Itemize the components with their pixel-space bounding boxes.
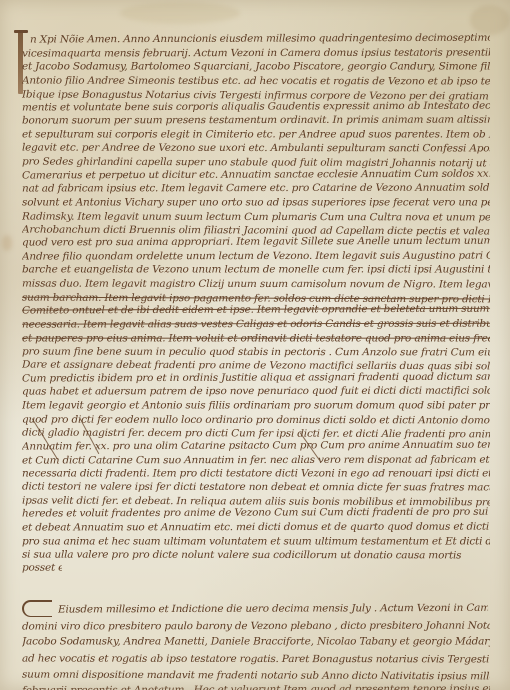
paragraph-flourish-icon [22, 600, 52, 617]
manuscript-line: pro sua anima et hec suam ultimam volunt… [22, 535, 490, 548]
manuscript-line: barche et euangelista de Vezono unum lec… [22, 263, 490, 276]
manuscript-line: suum omni dispositione mandavit me frade… [22, 668, 490, 683]
manuscript-line: vicesimaquarta mensis februarij. Actum V… [22, 46, 490, 60]
manuscript-line: heredes et voluit fradentes pro anime de… [22, 505, 490, 520]
manuscript-line: et Cum dicti Catarine Cum suo Annuatim i… [22, 453, 490, 467]
parchment-stain [120, 2, 240, 24]
manuscript-line: Item legavit georgio et Antonio suis fil… [22, 399, 490, 412]
manuscript-line: quas habet et aduersum patrem de ipso no… [22, 384, 490, 398]
manuscript-line: n Xpi Nõie Amen. Anno Annuncionis eiusde… [30, 31, 490, 46]
manuscript-line: ad hec vocatis et rogatis ab ipso testat… [22, 652, 490, 666]
manuscript-line: si sua ulla valere pro pro dicte nolunt … [22, 548, 462, 562]
manuscript-line: et debeat Annuatim suo et Annuatim etc. … [22, 520, 490, 534]
manuscript-line: et pauperes pro eius anima. Item voluit … [22, 332, 490, 345]
manuscript-line: dicti testori ne valere ipsi fer dicti t… [22, 480, 490, 494]
manuscript-line: et Jacobo Sodamusy, Bartolomeo Squarcian… [22, 60, 490, 73]
manuscript-line: missas duo. Item legavit magistro Clizij… [22, 277, 490, 291]
manuscript-line: bonorum suorum per suum presens testamen… [22, 113, 490, 127]
manuscript-line: necessaria dicti fradenti. Item pro dict… [22, 467, 490, 480]
manuscript-line: Eiusdem millesimo et Indictione die uero… [58, 601, 488, 616]
manuscript-line: februarii presentis et Anotatum . Hec et… [22, 682, 490, 690]
manuscript-line: Jacobo Sodamusky, Andrea Manetti, Daniel… [22, 635, 490, 648]
manuscript-line: pro suum fine bene suum in peculio quod … [22, 345, 490, 359]
manuscript-line: quod vero est pro sua anima appropriari.… [22, 234, 490, 249]
manuscript-line: necessaria. Item legavit alias suas vest… [22, 317, 490, 331]
manuscript-line: solvunt et Antonius Vichary super uno or… [22, 196, 490, 209]
manuscript-line: Radimsky. Item legavit unum suum lectum … [22, 210, 490, 224]
manuscript-line: Antonio filio Andree Simeonis testibus e… [22, 74, 490, 88]
manuscript-line: nat ad fabricam ipsius etc. Item legavit… [22, 181, 490, 195]
manuscript-line: Camerarius et perpetuo ut dicitur etc. A… [22, 167, 490, 182]
manuscript-line: et sepulturam sui corporis elegit in Cim… [22, 128, 490, 141]
manuscript-line: posset et volvit . [22, 561, 62, 574]
manuscript-line: legavit etc. per Andree de Vezono sue ux… [22, 141, 490, 155]
parchment-stain [2, 235, 12, 251]
manuscript-parchment: n Xpi Nõie Amen. Anno Annuncionis eiusde… [0, 0, 510, 690]
manuscript-line: Comiteto ontuel et de ibi dedit eidem et… [22, 302, 490, 317]
manuscript-line: mentis et voluntate bene suis corporis a… [22, 99, 490, 114]
manuscript-line: domini viro dico presbitero paulo barony… [22, 619, 490, 633]
manuscript-line: quod pro dicti fer eodem nullo loco ordi… [22, 413, 490, 427]
manuscript-line: Andree filio quondam ordelette unum lect… [22, 249, 490, 263]
